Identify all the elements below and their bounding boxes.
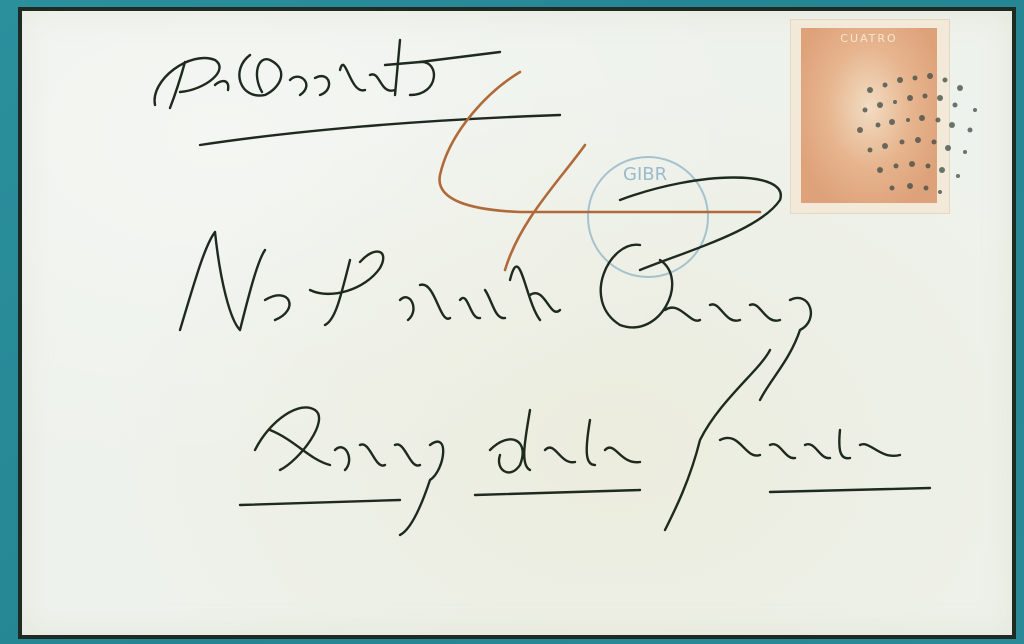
stamp-design: CUATRO (801, 28, 937, 203)
postage-stamp: CUATRO (790, 19, 950, 214)
stamp-denomination: CUATRO (801, 32, 937, 45)
